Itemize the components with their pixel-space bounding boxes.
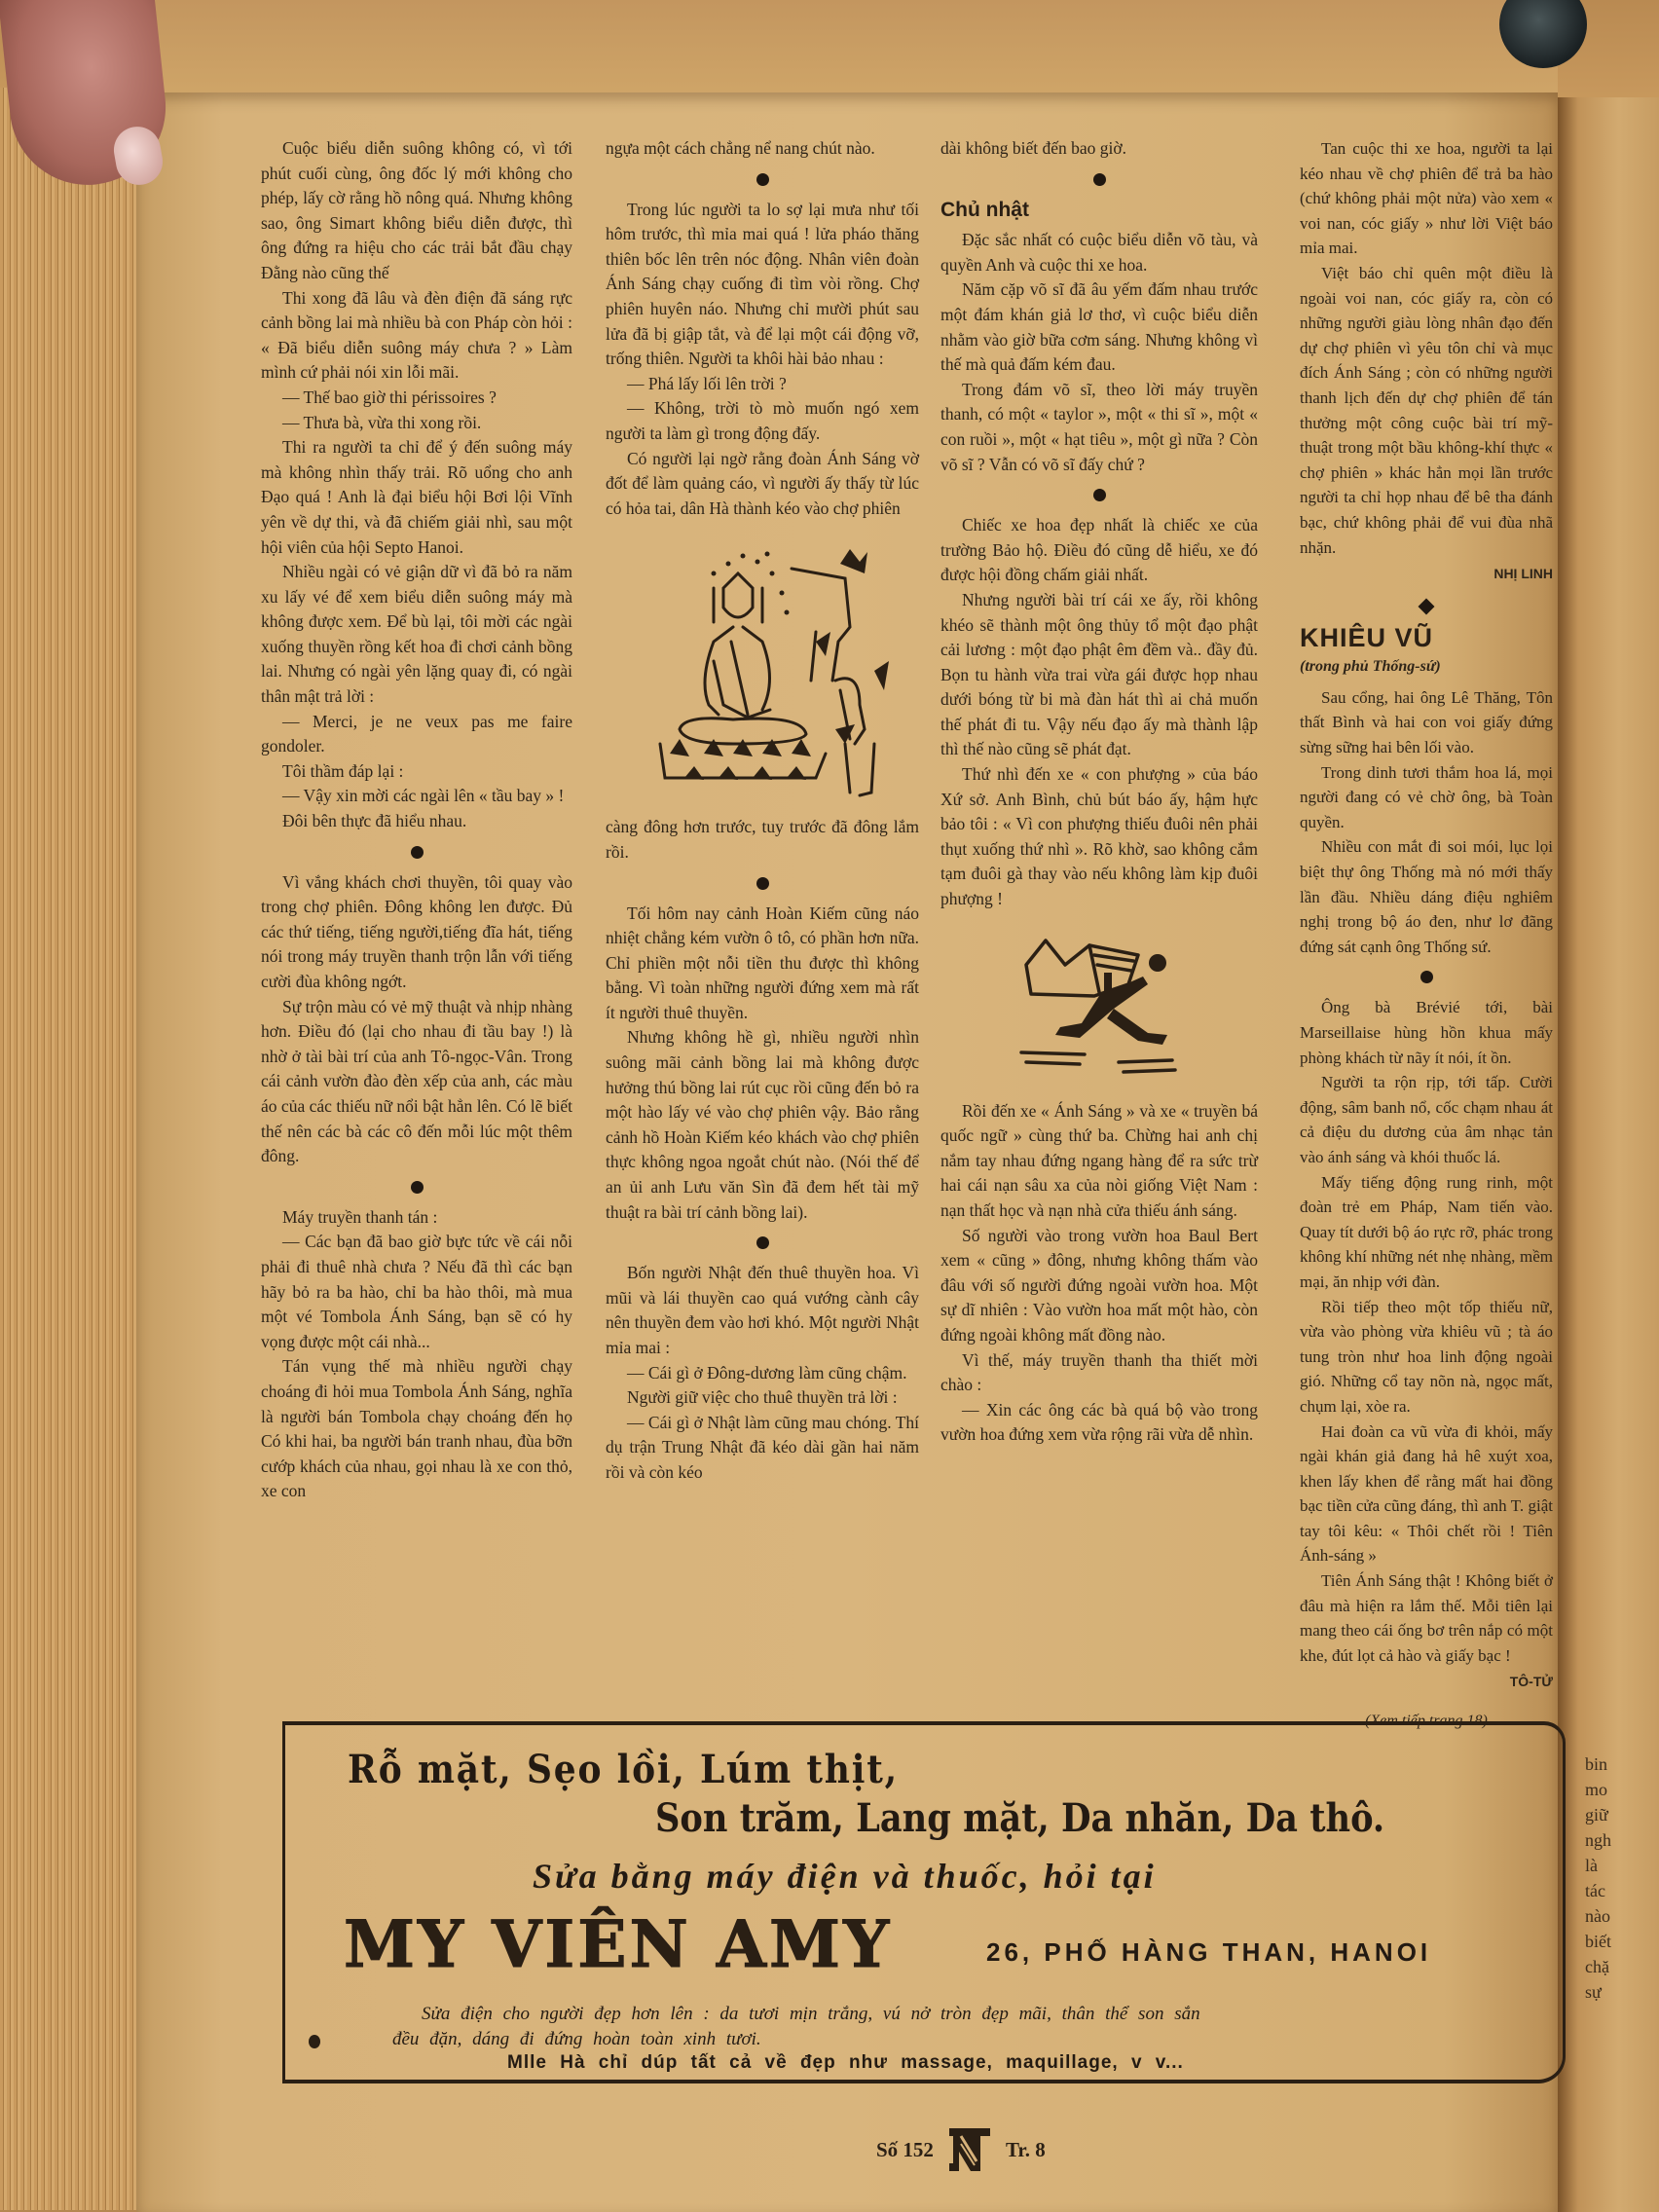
paragraph: Thi xong đã lâu và đèn điện đã sáng rực …: [261, 286, 572, 386]
dialog-line: — Cái gì ở Đông-dương làm cũng chậm.: [606, 1361, 919, 1386]
section-bullet-icon: [756, 877, 769, 890]
paragraph: Ông bà Brévié tới, bài Marseillaise hùng…: [1300, 995, 1553, 1070]
section-heading-sunday: Chủ nhật: [940, 198, 1258, 223]
paragraph: Thứ nhì đến xe « con phượng » của báo Xứ…: [940, 762, 1258, 912]
adjacent-page-fragment: tác: [1585, 1879, 1605, 1902]
paragraph: Nhiều ngài có vẻ giận dữ vì đã bỏ ra năm…: [261, 560, 572, 710]
paragraph: Hai đoàn ca vũ vừa đi khỏi, mấy ngài khá…: [1300, 1419, 1553, 1569]
paragraph: Nhiều con mắt đi soi mói, lục lọi biệt t…: [1300, 834, 1553, 959]
dialog-line: — Thế bao giờ thi périssoires ?: [261, 386, 572, 411]
man-carrying-house-icon: [1002, 926, 1197, 1082]
paragraph: Tan cuộc thi xe hoa, người ta lại kéo nh…: [1300, 136, 1553, 261]
paragraph: Mấy tiếng động rung rinh, một đoàn trẻ e…: [1300, 1170, 1553, 1295]
dialog-line: — Vậy xin mời các ngài lên « tầu bay » !: [261, 784, 572, 809]
paragraph: Tôi thầm đáp lại :: [261, 759, 572, 785]
paragraph: Người giữ việc cho thuê thuyền trả lời :: [606, 1385, 919, 1411]
paragraph: Tán vụng thế mà nhiều người chạy choáng …: [261, 1354, 572, 1504]
paragraph: Vì vắng khách chơi thuyền, tôi quay vào …: [261, 870, 572, 995]
ad-description-2: đều đặn, dáng đi đứng hoàn toàn xinh tươ…: [392, 2029, 761, 2050]
paragraph: Tiên Ánh Sáng thật ! Không biết ở đâu mà…: [1300, 1568, 1553, 1668]
section-bullet-icon: [756, 173, 769, 186]
ad-bullet-icon: [309, 2035, 320, 2048]
paragraph: Rồi đến xe « Ánh Sáng » và xe « truyền b…: [940, 1099, 1258, 1224]
column-4: Tan cuộc thi xe hoa, người ta lại kéo nh…: [1300, 136, 1553, 1734]
paragraph: Vì thế, máy truyền thanh tha thiết mời c…: [940, 1348, 1258, 1398]
paragraph: Chiếc xe hoa đẹp nhất là chiếc xe của tr…: [940, 513, 1258, 588]
adjacent-page-fragment: chặ: [1585, 1955, 1609, 1978]
adjacent-page-fragment: nào: [1585, 1904, 1610, 1928]
dialog-line: — Không, trời tò mò muốn ngó xem người t…: [606, 396, 919, 446]
paragraph: Sự trộn màu có vẻ mỹ thuật và nhịp nhàng…: [261, 995, 572, 1169]
dialog-line: — Phá lấy lối lên trời ?: [606, 372, 919, 397]
paragraph: Người ta rộn rịp, tới tấp. Cười động, sâ…: [1300, 1070, 1553, 1169]
paragraph: Rồi tiếp theo một tốp thiếu nữ, vừa vào …: [1300, 1295, 1553, 1419]
ad-address: 26, PHỐ HÀNG THAN, HANOI: [986, 1937, 1431, 1968]
paragraph: Máy truyền thanh tán :: [261, 1205, 572, 1231]
page-number: Tr. 8: [1006, 2138, 1046, 2162]
dialog-line: — Cái gì ở Nhật làm cũng mau chóng. Thí …: [606, 1411, 919, 1486]
paragraph: Sau cổng, hai ông Lê Thăng, Tôn thất Bìn…: [1300, 685, 1553, 760]
dialog-line: — Xin các ông các bà quá bộ vào trong vư…: [940, 1398, 1258, 1448]
section-subheading: (trong phủ Thống-sứ): [1300, 654, 1553, 680]
paragraph: Có người lại ngờ rằng đoàn Ánh Sáng vờ đ…: [606, 447, 919, 522]
adjacent-page-fragment: mo: [1585, 1778, 1607, 1801]
paragraph: Số người vào trong vườn hoa Baul Bert xe…: [940, 1224, 1258, 1348]
section-heading-dance: KHIÊU VŨ: [1300, 626, 1553, 651]
ad-headline-1: Rỗ mặt, Sẹo lồi, Lúm thịt,: [348, 1747, 899, 1792]
ad-description-1: Sửa điện cho người đẹp hơn lên : da tươi…: [422, 2004, 1200, 2025]
adjacent-page-fragment: là: [1585, 1854, 1598, 1877]
paragraph: Nhưng người bài trí cái xe ấy, rồi không…: [940, 588, 1258, 762]
paragraph: ngựa một cách chẳng nể nang chút nào.: [606, 136, 919, 162]
paragraph: Trong dinh tươi thắm hoa lá, mọi người đ…: [1300, 760, 1553, 835]
ad-headline-2: Son trăm, Lang mặt, Da nhăn, Da thô.: [655, 1795, 1384, 1841]
newspaper-logo-icon: [947, 2126, 992, 2173]
paragraph: Thi ra người ta chỉ để ý đến suông máy m…: [261, 435, 572, 560]
paragraph: Nhưng không hề gì, nhiều người nhìn suôn…: [606, 1025, 919, 1225]
adjacent-page-fragment: sự: [1585, 1980, 1602, 2004]
paragraph: Tối hôm nay cảnh Hoàn Kiếm cũng náo nhiệ…: [606, 902, 919, 1026]
adjacent-page: bin mo giữ ngh là tác nào biết chặ sự: [1558, 97, 1659, 2212]
ad-brand-name: MY VIÊN AMY: [344, 1906, 892, 1982]
adjacent-page-fragment: biết: [1585, 1930, 1611, 1953]
paragraph: Trong lúc người ta lo sợ lại mưa như tối…: [606, 198, 919, 372]
page-footer: Số 152 Tr. 8: [876, 2126, 1046, 2173]
section-bullet-icon: [411, 846, 424, 859]
paragraph: Việt báo chỉ quên một điều là ngoài voi …: [1300, 261, 1553, 560]
column-1: Cuộc biểu diễn suông không có, vì tới ph…: [261, 136, 572, 1504]
paragraph: Cuộc biểu diễn suông không có, vì tới ph…: [261, 136, 572, 286]
paragraph: Đôi bên thực đã hiểu nhau.: [261, 809, 572, 834]
adjacent-page-fragment: ngh: [1585, 1828, 1611, 1852]
paragraph: Năm cặp võ sĩ đã âu yếm đấm nhau trước m…: [940, 277, 1258, 377]
section-bullet-icon: [1420, 971, 1433, 983]
column-2: ngựa một cách chẳng nể nang chút nào. Tr…: [606, 136, 919, 1486]
buddha-illustration: [606, 535, 919, 797]
ad-tagline: Sửa bằng máy điện và thuốc, hỏi tại: [533, 1856, 1157, 1897]
dialog-line: — Các bạn đã bao giờ bực tức về cái nỗi …: [261, 1230, 572, 1354]
paragraph: Đặc sắc nhất có cuộc biểu diễn võ tàu, v…: [940, 228, 1258, 277]
paragraph: dài không biết đến bao giờ.: [940, 136, 1258, 162]
section-bullet-icon: [756, 1236, 769, 1249]
issue-number: Số 152: [876, 2138, 934, 2162]
section-bullet-icon: [1093, 489, 1106, 501]
section-bullet-icon: [411, 1181, 424, 1194]
adjacent-page-fragment: giữ: [1585, 1803, 1608, 1826]
book-top-edge: [146, 0, 1558, 97]
paragraph: Trong đám võ sĩ, theo lời máy truyền tha…: [940, 378, 1258, 477]
buddha-on-lotus-icon: [616, 535, 908, 797]
author-signature: TÔ-TỬ: [1300, 1670, 1553, 1695]
dialog-line: — Merci, je ne veux pas me faire gondole…: [261, 710, 572, 759]
paragraph: càng đông hơn trước, tuy trước đã đông l…: [606, 815, 919, 865]
ad-description-3: Mlle Hà chỉ dúp tất cả về đẹp như massag…: [507, 2052, 1184, 2074]
dialog-line: — Thưa bà, vừa thi xong rồi.: [261, 411, 572, 436]
advertisement-box: Rỗ mặt, Sẹo lồi, Lúm thịt, Son trăm, Lan…: [282, 1721, 1566, 2083]
paragraph: Bốn người Nhật đến thuê thuyền hoa. Vì m…: [606, 1261, 919, 1360]
section-diamond-icon: [1419, 598, 1435, 614]
running-man-illustration: [940, 926, 1258, 1082]
adjacent-page-fragment: bin: [1585, 1752, 1607, 1776]
section-bullet-icon: [1093, 173, 1106, 186]
column-3: dài không biết đến bao giờ. Chủ nhật Đặc…: [940, 136, 1258, 1448]
author-signature: NHỊ LINH: [1300, 562, 1553, 587]
